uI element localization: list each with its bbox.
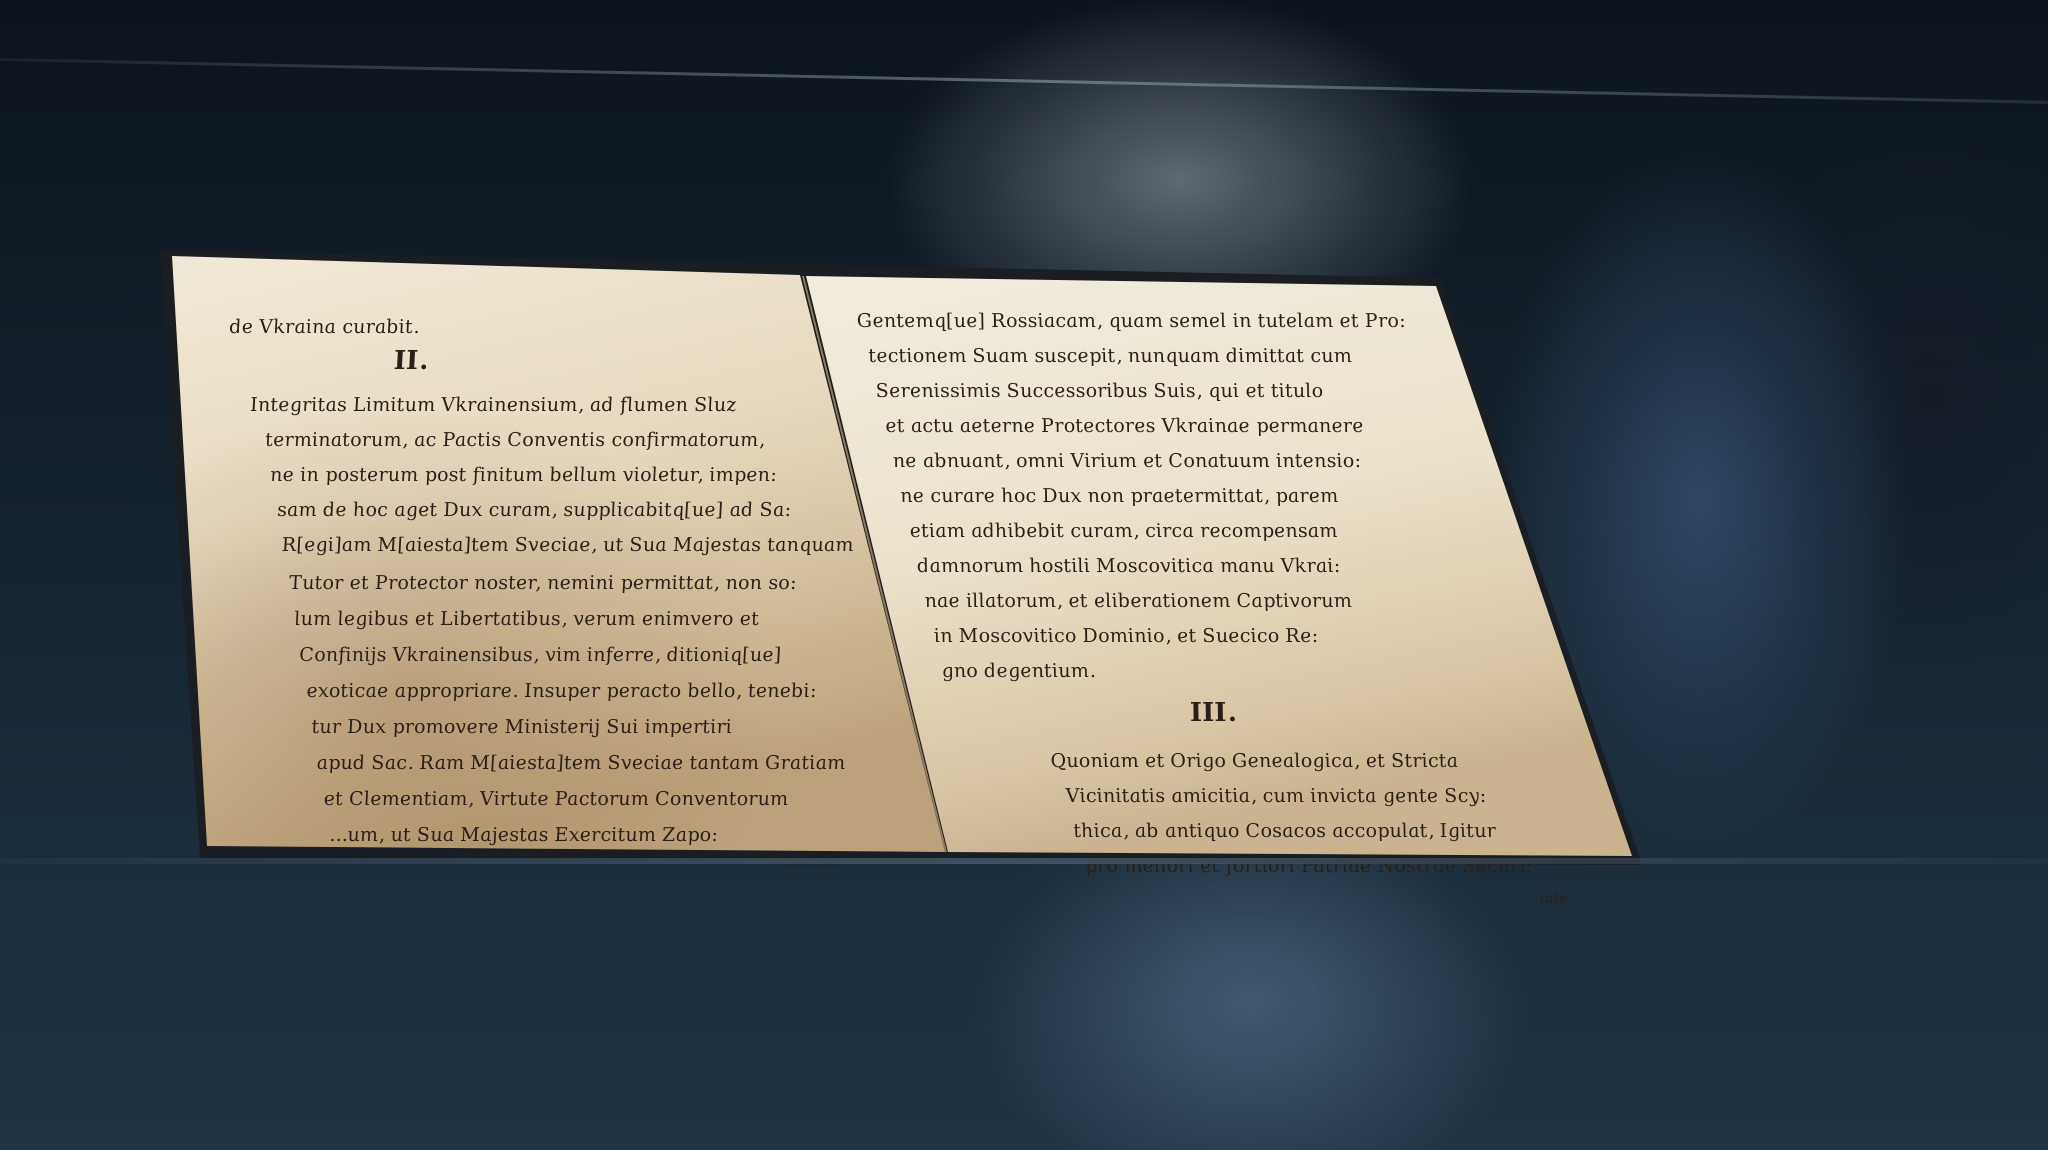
manuscript-line: tate xyxy=(1538,892,1569,906)
manuscript-line: etiam adhibebit curam, circa recompensam xyxy=(908,522,1340,541)
manuscript-line: gno degentium. xyxy=(939,662,1097,681)
manuscript-line: de Vkraina curabit. xyxy=(228,318,420,337)
manuscript-line: ne abnuant, omni Virium et Conatuum inte… xyxy=(891,452,1363,471)
right-page-text: Gentemq[ue] Rossiacam, quam semel in tut… xyxy=(855,312,1606,832)
manuscript-line: Vicinitatis amicitia, cum invicta gente … xyxy=(1064,787,1488,806)
manuscript-line: Integritas Limitum Vkrainensium, ad flum… xyxy=(249,396,738,415)
manuscript-line: terminatorum, ac Pactis Conventis confir… xyxy=(264,431,766,450)
manuscript-line: lum legibus et Libertatibus, verum enimv… xyxy=(293,610,760,629)
section-heading: II. xyxy=(392,348,429,374)
manuscript-line: Gentemq[ue] Rossiacam, quam semel in tut… xyxy=(855,312,1408,331)
manuscript-line: thica, ab antiquo Cosacos accopulat, Igi… xyxy=(1071,822,1498,841)
manuscript-line: Confinijs Vkrainensibus, vim inferre, di… xyxy=(298,646,783,665)
manuscript-line: in Moscovitico Dominio, et Suecico Re: xyxy=(932,627,1320,646)
manuscript-line: tur Dux promovere Ministerij Sui imperti… xyxy=(310,718,733,737)
manuscript-line: apud Sac. Ram M[aiesta]tem Sveciae tanta… xyxy=(315,754,846,773)
manuscript-line: nae illatorum, et eliberationem Captivor… xyxy=(923,592,1354,611)
museum-display-scene: de Vkraina curabit. II. Integritas Limit… xyxy=(0,0,2048,1150)
manuscript-line: et actu aeterne Protectores Vkrainae per… xyxy=(883,417,1365,436)
left-page-text: de Vkraina curabit. II. Integritas Limit… xyxy=(228,318,981,838)
manuscript-line: et Clementiam, Virtute Pactorum Convento… xyxy=(322,790,789,809)
manuscript-line: Quoniam et Origo Genealogica, et Stricta xyxy=(1049,752,1461,771)
manuscript-line: R[egi]am M[aiesta]tem Sveciae, ut Sua Ma… xyxy=(281,536,855,555)
manuscript-line: ne in posterum post finitum bellum viole… xyxy=(269,466,778,485)
manuscript-line: tectionem Suam suscepit, nunquam dimitta… xyxy=(866,347,1353,366)
manuscript-line: Serenissimis Successoribus Suis, qui et … xyxy=(874,382,1325,401)
display-case-glass-bottom-edge xyxy=(0,858,2048,864)
manuscript-line: exoticae appropriare. Insuper peracto be… xyxy=(305,682,818,701)
manuscript-line: ne curare hoc Dux non praetermittat, par… xyxy=(898,487,1340,506)
manuscript-line: sam de hoc aget Dux curam, supplicabitq[… xyxy=(276,501,793,520)
manuscript-line: damnorum hostili Moscovitica manu Vkrai: xyxy=(915,557,1342,576)
section-heading: III. xyxy=(1187,700,1238,726)
manuscript-line: Tutor et Protector noster, nemini permit… xyxy=(288,574,798,593)
manuscript-mount: de Vkraina curabit. II. Integritas Limit… xyxy=(0,0,2048,1150)
manuscript-line: ...um, ut Sua Majestas Exercitum Zapo: xyxy=(327,826,719,845)
